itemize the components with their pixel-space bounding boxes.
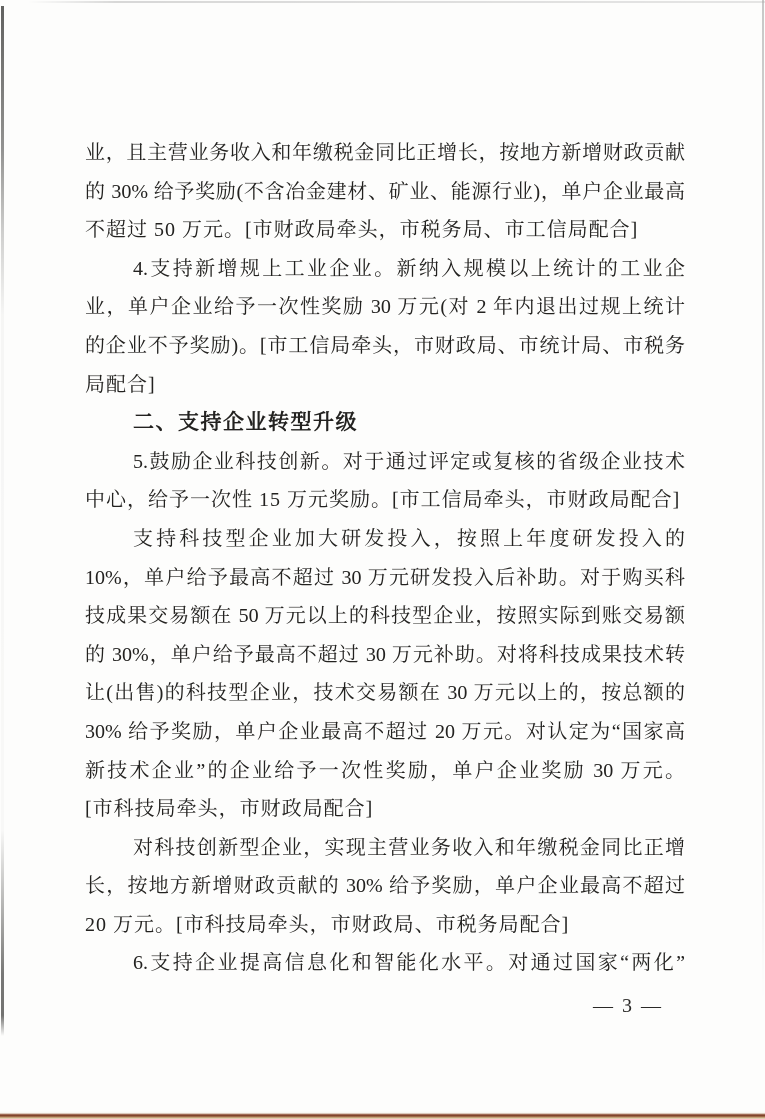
scan-edge-right (762, 0, 764, 1000)
text-line: 的 30% 给予奖励(不含冶金建材、矿业、能源行业)，单户企业最高 (85, 173, 685, 212)
scan-edge-top (28, 1, 765, 3)
section-heading: 二、支持企业转型升级 (85, 404, 685, 443)
text-line: 业，且主营业务收入和年缴税金同比正增长，按地方新增财政贡献 (85, 134, 685, 173)
text-line: 5.鼓励企业科技创新。对于通过评定或复核的省级企业技术 (85, 443, 685, 482)
text-line: 局配合] (85, 366, 685, 405)
text-line: [市科技局牵头，市财政局配合] (85, 790, 685, 829)
text-line: 技成果交易额在 50 万元以上的科技型企业，按照实际到账交易额 (85, 597, 685, 636)
document-body: 业，且主营业务收入和年缴税金同比正增长，按地方新增财政贡献 的 30% 给予奖励… (85, 134, 685, 983)
text-line: 20 万元。[市科技局牵头，市财政局、市税务局配合] (85, 906, 685, 945)
text-line: 不超过 50 万元。[市财政局牵头，市税务局、市工信局配合] (85, 211, 685, 250)
text-line: 的企业不予奖励)。[市工信局牵头，市财政局、市统计局、市税务 (85, 327, 685, 366)
scan-edge-left (1, 6, 4, 1036)
text-line: 让(出售)的科技型企业，技术交易额在 30 万元以上的，按总额的 (85, 674, 685, 713)
text-line: 6.支持企业提高信息化和智能化水平。对通过国家“两化” (85, 944, 685, 983)
page-number: — 3 — (593, 995, 663, 1018)
text-line: 10%，单户给予最高不超过 30 万元研发投入后补助。对于购买科 (85, 559, 685, 598)
text-line: 支持科技型企业加大研发投入，按照上年度研发投入的 (85, 520, 685, 559)
text-line: 4.支持新增规上工业企业。新纳入规模以上统计的工业企 (85, 250, 685, 289)
text-line: 30% 给予奖励，单户企业最高不超过 20 万元。对认定为“国家高 (85, 713, 685, 752)
scan-edge-bottom (0, 1111, 765, 1119)
text-line: 新技术企业”的企业给予一次性奖励，单户企业奖励 30 万元。 (85, 752, 685, 791)
text-line: 长，按地方新增财政贡献的 30% 给予奖励，单户企业最高不超过 (85, 867, 685, 906)
text-line: 中心，给予一次性 15 万元奖励。[市工信局牵头，市财政局配合] (85, 481, 685, 520)
text-line: 业，单户企业给予一次性奖励 30 万元(对 2 年内退出过规上统计 (85, 288, 685, 327)
text-line: 的 30%，单户给予最高不超过 30 万元补助。对将科技成果技术转 (85, 636, 685, 675)
text-line: 对科技创新型企业，实现主营业务收入和年缴税金同比正增 (85, 829, 685, 868)
